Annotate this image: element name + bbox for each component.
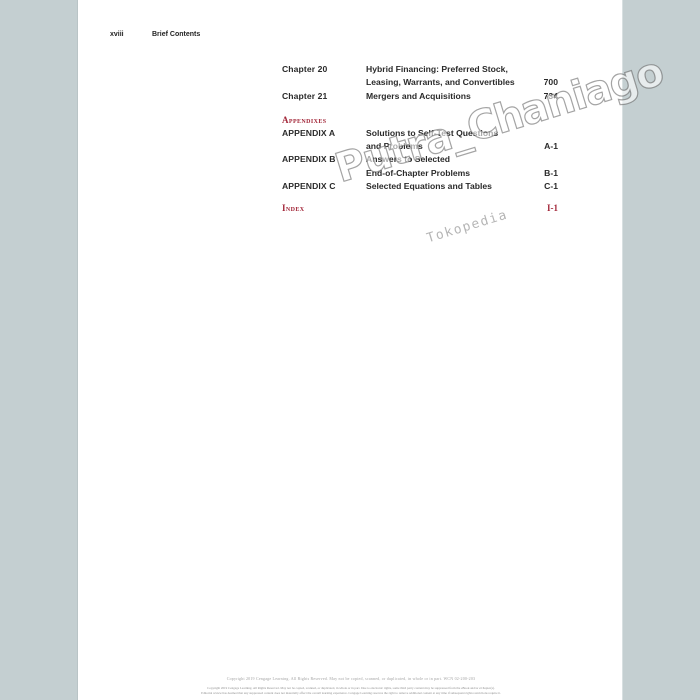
toc-entry-page: 734 bbox=[544, 90, 558, 103]
toc-entry-title: and Problems bbox=[366, 140, 423, 153]
toc-entry-label: APPENDIX B bbox=[282, 153, 336, 166]
toc-entry-page: A-1 bbox=[544, 140, 558, 153]
toc-entry-appendix-a[interactable]: APPENDIX A Solutions to Self-Test Questi… bbox=[282, 127, 582, 140]
editorial-notice: Editorial review has deemed that any sup… bbox=[78, 691, 624, 695]
toc-entry-appendix-a-cont[interactable]: and Problems A-1 bbox=[282, 140, 582, 153]
appendixes-heading: Appendixes bbox=[282, 114, 582, 127]
toc-entry-title: End-of-Chapter Problems bbox=[366, 167, 470, 180]
toc-entry-appendix-b-cont[interactable]: End-of-Chapter Problems B-1 bbox=[282, 167, 582, 180]
copyright-notice: Copyright 2019 Cengage Learning. All Rig… bbox=[78, 686, 624, 690]
toc-entry-page: C-1 bbox=[544, 180, 558, 193]
appendixes-heading-text: Appendixes bbox=[282, 114, 327, 127]
toc-entry-page: I-1 bbox=[547, 202, 558, 215]
toc-entry-title: Answers to Selected bbox=[366, 153, 450, 166]
document-page: xviii Brief Contents Chapter 20 Hybrid F… bbox=[77, 0, 623, 700]
toc-entry-page: B-1 bbox=[544, 167, 558, 180]
toc-entry-chapter-20-cont[interactable]: Leasing, Warrants, and Convertibles 700 bbox=[282, 76, 582, 89]
toc-entry-label: Chapter 20 bbox=[282, 63, 327, 76]
toc-entry-label: Chapter 21 bbox=[282, 90, 327, 103]
toc-entry-title: Selected Equations and Tables bbox=[366, 180, 492, 193]
toc-entry-title: Solutions to Self-Test Questions bbox=[366, 127, 498, 140]
toc-entry-label: APPENDIX A bbox=[282, 127, 335, 140]
toc-entry-title: Hybrid Financing: Preferred Stock, bbox=[366, 63, 508, 76]
copyright-line: Copyright 2019 Cengage Learning. All Rig… bbox=[78, 676, 624, 681]
toc-entry-appendix-c[interactable]: APPENDIX C Selected Equations and Tables… bbox=[282, 180, 582, 193]
toc-entry-label: APPENDIX C bbox=[282, 180, 336, 193]
toc-entry-title: Mergers and Acquisitions bbox=[366, 90, 471, 103]
running-title: Brief Contents bbox=[152, 31, 200, 38]
table-of-contents: Chapter 20 Hybrid Financing: Preferred S… bbox=[282, 63, 582, 215]
toc-entry-page: 700 bbox=[544, 76, 558, 89]
toc-entry-appendix-b[interactable]: APPENDIX B Answers to Selected bbox=[282, 153, 582, 166]
index-heading-text: Index bbox=[282, 202, 305, 215]
page-folio: xviii bbox=[110, 31, 124, 38]
viewer-background: xviii Brief Contents Chapter 20 Hybrid F… bbox=[0, 0, 700, 700]
toc-entry-title: Leasing, Warrants, and Convertibles bbox=[366, 76, 515, 89]
toc-entry-chapter-20[interactable]: Chapter 20 Hybrid Financing: Preferred S… bbox=[282, 63, 582, 76]
toc-entry-index[interactable]: Index I-1 bbox=[282, 202, 582, 215]
toc-entry-chapter-21[interactable]: Chapter 21 Mergers and Acquisitions 734 bbox=[282, 90, 582, 103]
